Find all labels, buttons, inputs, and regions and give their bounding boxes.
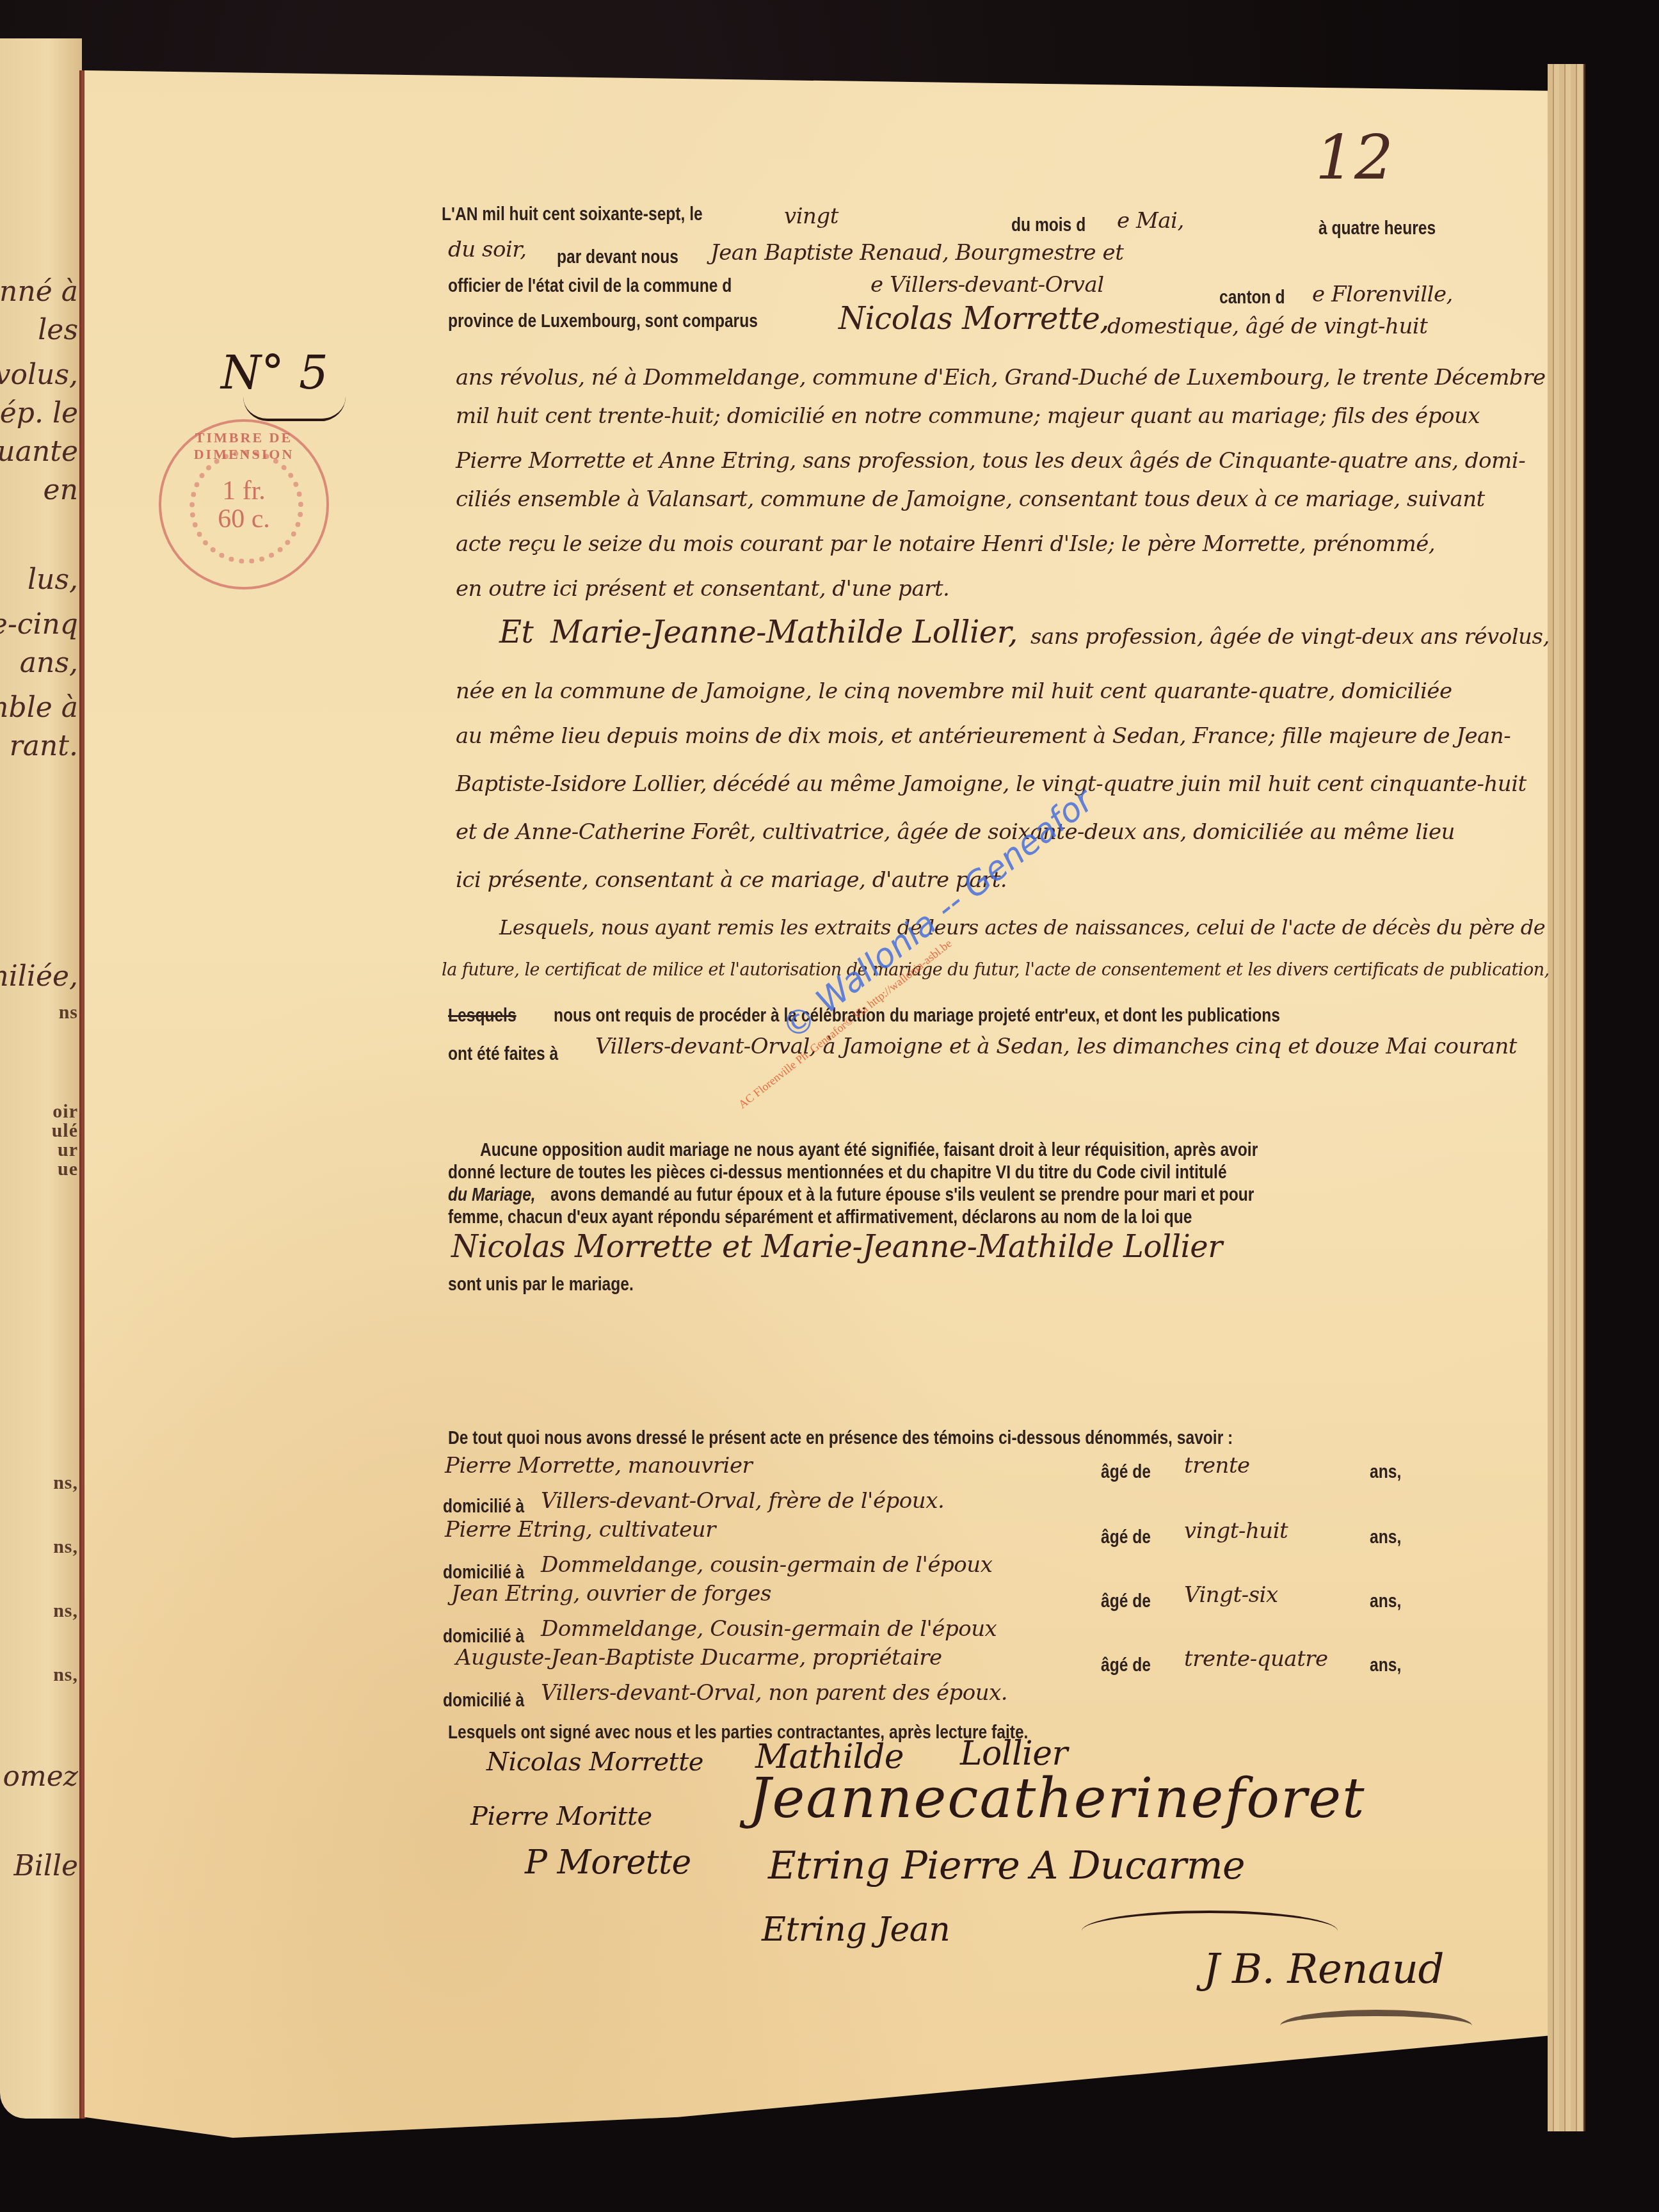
witness-years-label: ans, xyxy=(1370,1527,1401,1548)
left-page-fragment: ns, xyxy=(53,1536,78,1558)
act-number-flourish xyxy=(243,397,346,421)
declaration-line: femme, chacun d'eux ayant répondu séparé… xyxy=(448,1206,1192,1228)
witness-domicile: Dommeldange, Cousin-germain de l'époux xyxy=(541,1616,997,1642)
left-page-fragment: ns, xyxy=(53,1600,78,1622)
groom-line: mil huit cent trente-huit; domicilié en … xyxy=(456,403,1480,429)
bride-intro: Et xyxy=(499,614,533,650)
signature-officer: J B. Renaud xyxy=(1203,1946,1444,1993)
signature-witness-4: A Ducarme xyxy=(1030,1843,1245,1888)
page-stack-edges xyxy=(1548,64,1585,2131)
left-page-fragment: ns, xyxy=(53,1472,78,1494)
united-statement: sont unis par le mariage. xyxy=(448,1274,634,1295)
left-page-fragment: miliée, xyxy=(0,960,78,993)
bride-line: et de Anne-Catherine Forêt, cultivatrice… xyxy=(456,819,1455,845)
witness-domicile: Villers-devant-Orval, frère de l'époux. xyxy=(541,1488,944,1514)
left-page-fragment: oir xyxy=(52,1101,78,1123)
stamp-value: 1 fr. 60 c. xyxy=(161,477,326,533)
witness-name: Pierre Etring, cultivateur xyxy=(445,1517,716,1543)
left-page-fragment: les xyxy=(38,314,78,346)
page-number-mark: 12 xyxy=(1315,122,1393,193)
groom-name: Nicolas Morrette, xyxy=(838,301,1109,337)
left-page-fragment: ns, xyxy=(53,1664,78,1686)
left-page-fragment: ue xyxy=(58,1158,78,1180)
united-couple: Nicolas Morrette et Marie-Jeanne-Mathild… xyxy=(451,1229,1222,1265)
declaration-line: Aucune opposition audit mariage ne nous … xyxy=(480,1139,1258,1161)
witness-domicile-label: domicilié à xyxy=(443,1562,524,1583)
witness-domicile-label: domicilié à xyxy=(443,1690,524,1711)
preamble-hour: à quatre heures xyxy=(1318,218,1436,239)
witness-years-label: ans, xyxy=(1370,1655,1401,1676)
canton-label: canton d xyxy=(1219,287,1285,309)
groom-line: en outre ici présent et consentant, d'un… xyxy=(456,576,949,602)
groom-occupation: domestique, âgé de vingt-huit xyxy=(1107,314,1427,339)
left-page-fragment: ans, xyxy=(20,646,78,679)
witness-age-label: âgé de xyxy=(1101,1527,1151,1548)
witness-age: trente-quatre xyxy=(1184,1646,1328,1672)
witness-age-label: âgé de xyxy=(1101,1461,1151,1483)
commune-name: e Villers-devant-Orval xyxy=(870,272,1104,298)
documents-line: Lesquels, nous ayant remis les extraits … xyxy=(499,915,1545,940)
witness-age-label: âgé de xyxy=(1101,1591,1151,1612)
groom-line: Pierre Morrette et Anne Etring, sans pro… xyxy=(456,448,1525,474)
commune-label: officier de l'état civil de la commune d xyxy=(448,275,732,297)
bride-line: sans profession, âgée de vingt-deux ans … xyxy=(1030,624,1550,650)
officer-name: Jean Baptiste Renaud, Bourgmestre et xyxy=(710,240,1123,266)
declaration-line: avons demandé au futur époux et à la fut… xyxy=(550,1184,1254,1206)
left-page-fragment: ur xyxy=(58,1139,78,1161)
documents-line: la future, le certificat de milice et l'… xyxy=(442,960,1550,980)
witnesses-intro: De tout quoi nous avons dressé le présen… xyxy=(448,1427,1233,1449)
province-label: province de Luxembourg, sont comparus xyxy=(448,310,758,332)
publications-struck-word: Lesquels xyxy=(448,1005,517,1027)
publications-places: Villers-devant-Orval, à Jamoigne et à Se… xyxy=(595,1034,1517,1059)
witness-domicile: Dommeldange, cousin-germain de l'époux xyxy=(541,1552,992,1578)
left-page-fragment: nné à xyxy=(0,275,78,308)
bride-line: au même lieu depuis moins de dix mois, e… xyxy=(456,723,1511,749)
preamble-time: du soir, xyxy=(448,237,527,262)
groom-line: acte reçu le seize du mois courant par l… xyxy=(456,531,1435,557)
bride-line: née en la commune de Jamoigne, le cinq n… xyxy=(456,678,1452,704)
bride-line: Baptiste-Isidore Lollier, décédé au même… xyxy=(456,771,1527,797)
preamble-day: vingt xyxy=(784,204,838,229)
signature-bride-mother: Jeannecatherineforet xyxy=(749,1767,1366,1831)
left-page-fragment: omez xyxy=(3,1760,78,1793)
signature-witness-3: Etring Jean xyxy=(762,1911,950,1949)
witness-name: Auguste-Jean-Baptiste Ducarme, propriéta… xyxy=(456,1645,942,1671)
officer-paraph xyxy=(1280,2010,1472,2042)
bride-name: Marie-Jeanne-Mathilde Lollier, xyxy=(550,614,1018,650)
witness-name: Pierre Morrette, manouvrier xyxy=(445,1453,752,1479)
left-page-fragment: Bille xyxy=(13,1850,78,1882)
left-page-fragment: emble à xyxy=(0,691,78,724)
signature-witness-2: Etring Pierre xyxy=(768,1843,1020,1888)
left-page-fragment: lus, xyxy=(28,563,78,596)
previous-page-edge: nné à les révolus, Dép. le quante en lus… xyxy=(0,38,82,2119)
preamble-year: L'AN mil huit cent soixante-sept, le xyxy=(442,204,703,225)
canton-name: e Florenville, xyxy=(1312,282,1453,307)
witness-age: trente xyxy=(1184,1453,1250,1479)
left-page-fragment: révolus, xyxy=(0,358,78,391)
witness-domicile-label: domicilié à xyxy=(443,1626,524,1647)
left-page-fragment: ulé xyxy=(52,1120,78,1142)
witness-age-label: âgé de xyxy=(1101,1655,1151,1676)
witness-age: vingt-huit xyxy=(1184,1518,1288,1544)
left-page-fragment: quante xyxy=(0,435,78,468)
publications-line: nous ont requis de procéder à la célébra… xyxy=(554,1005,1280,1027)
left-page-fragment: ns xyxy=(59,1002,78,1023)
act-number: N° 5 xyxy=(221,346,328,399)
publications-label: ont été faites à xyxy=(448,1043,558,1065)
signature-father: Pierre Moritte xyxy=(470,1802,652,1831)
left-page-fragment: rant. xyxy=(10,730,78,762)
left-page-fragment: Dép. le xyxy=(0,397,78,429)
witness-name: Jean Etring, ouvrier de forges xyxy=(451,1581,771,1607)
stamp-ring-text: TIMBRE DE DIMENSION xyxy=(161,429,326,463)
groom-line: ans révolus, né à Dommeldange, commune d… xyxy=(456,365,1546,390)
preamble-month-label: du mois d xyxy=(1011,214,1086,236)
witness-domicile-label: domicilié à xyxy=(443,1496,524,1518)
tax-stamp: TIMBRE DE DIMENSION 1 fr. 60 c. xyxy=(159,419,329,589)
preamble-before-label: par devant nous xyxy=(557,246,678,268)
groom-line: ciliés ensemble à Valansart, commune de … xyxy=(456,486,1485,512)
signature-witness-1: P Morette xyxy=(525,1843,691,1882)
witness-years-label: ans, xyxy=(1370,1461,1401,1483)
bride-line: ici présente, consentant à ce mariage, d… xyxy=(456,867,1007,893)
witness-years-label: ans, xyxy=(1370,1591,1401,1612)
signature-groom: Nicolas Morrette xyxy=(486,1747,703,1777)
closing-statement: Lesquels ont signé avec nous et les part… xyxy=(448,1722,1028,1743)
witness-age: Vingt-six xyxy=(1184,1582,1278,1608)
left-page-fragment: en xyxy=(44,474,78,506)
declaration-line: donné lecture de toutes les pièces ci-de… xyxy=(448,1162,1227,1183)
code-title: du Mariage, xyxy=(448,1184,536,1206)
preamble-month: e Mai, xyxy=(1117,208,1184,234)
witness-domicile: Villers-devant-Orval, non parent des épo… xyxy=(541,1680,1007,1706)
left-page-fragment: te-cinq xyxy=(0,608,78,641)
